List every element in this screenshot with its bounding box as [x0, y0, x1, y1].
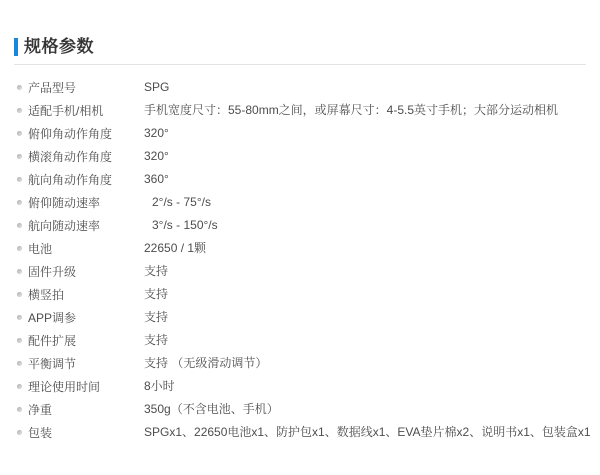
section-title: 规格参数: [24, 36, 94, 57]
spec-row: 理论使用时间 8小时: [14, 375, 586, 398]
spec-value: 8小时: [144, 375, 586, 398]
bullet-icon: [17, 292, 22, 297]
bullet-icon: [17, 361, 22, 366]
bullet-icon: [17, 131, 22, 136]
spec-row: 平衡调节 支持 （无级滑动调节）: [14, 352, 586, 375]
spec-label: 横竖拍: [28, 286, 144, 303]
spec-value: 350g（不含电池、手机）: [144, 398, 586, 421]
spec-row: 横滚角动作角度 320°: [14, 145, 586, 168]
bullet-icon: [17, 407, 22, 412]
spec-label: 电池: [28, 240, 144, 257]
bullet-icon: [17, 315, 22, 320]
spec-value: 支持: [144, 283, 586, 306]
spec-row: 适配手机/相机 手机宽度尺寸：55-80mm之间，或屏幕尺寸：4-5.5英寸手机…: [14, 99, 586, 122]
spec-label: 固件升级: [28, 263, 144, 280]
spec-value: 支持: [144, 260, 586, 283]
spec-label: 配件扩展: [28, 332, 144, 349]
spec-value: 支持 （无级滑动调节）: [144, 352, 586, 375]
spec-label: 俯仰角动作角度: [28, 125, 144, 142]
spec-value: 3°/s - 150°/s: [144, 214, 586, 237]
spec-label: 理论使用时间: [28, 378, 144, 395]
bullet-icon: [17, 108, 22, 113]
spec-row: 配件扩展 支持: [14, 329, 586, 352]
spec-label: 横滚角动作角度: [28, 148, 144, 165]
spec-label: 产品型号: [28, 79, 144, 96]
bullet-icon: [17, 85, 22, 90]
spec-value: 支持: [144, 306, 586, 329]
bullet-icon: [17, 430, 22, 435]
spec-row: 航向角动作角度 360°: [14, 168, 586, 191]
spec-value: 2°/s - 75°/s: [144, 191, 586, 214]
spec-row: 航向随动速率 3°/s - 150°/s: [14, 214, 586, 237]
bullet-icon: [17, 154, 22, 159]
spec-row: 包装 SPGx1、22650电池x1、防护包x1、数据线x1、EVA垫片棉x2、…: [14, 421, 586, 444]
spec-row: 固件升级 支持: [14, 260, 586, 283]
spec-row: 俯仰随动速率 2°/s - 75°/s: [14, 191, 586, 214]
bullet-icon: [17, 200, 22, 205]
bullet-icon: [17, 338, 22, 343]
spec-value: 支持: [144, 329, 586, 352]
spec-label: 航向随动速率: [28, 217, 144, 234]
spec-section-page: 规格参数 产品型号 SPG 适配手机/相机 手机宽度尺寸：55-80mm之间，或…: [0, 0, 600, 475]
spec-row: 俯仰角动作角度 320°: [14, 122, 586, 145]
spec-row: 电池 22650 / 1颗: [14, 237, 586, 260]
spec-value: 手机宽度尺寸：55-80mm之间，或屏幕尺寸：4-5.5英寸手机；大部分运动相机: [144, 99, 586, 122]
spec-value: SPGx1、22650电池x1、防护包x1、数据线x1、EVA垫片棉x2、说明书…: [144, 421, 591, 444]
spec-value: 320°: [144, 145, 586, 168]
spec-row: 净重 350g（不含电池、手机）: [14, 398, 586, 421]
bullet-icon: [17, 269, 22, 274]
accent-bar-icon: [14, 38, 18, 56]
bullet-icon: [17, 223, 22, 228]
bullet-icon: [17, 177, 22, 182]
spec-value: SPG: [144, 76, 586, 99]
spec-label: 包装: [28, 424, 144, 441]
bullet-icon: [17, 384, 22, 389]
spec-value: 22650 / 1颗: [144, 237, 586, 260]
spec-label: 航向角动作角度: [28, 171, 144, 188]
spec-row: APP调参 支持: [14, 306, 586, 329]
spec-label: APP调参: [28, 309, 144, 326]
spec-list: 产品型号 SPG 适配手机/相机 手机宽度尺寸：55-80mm之间，或屏幕尺寸：…: [0, 65, 600, 444]
spec-row: 横竖拍 支持: [14, 283, 586, 306]
bullet-icon: [17, 246, 22, 251]
spec-label: 俯仰随动速率: [28, 194, 144, 211]
spec-value: 320°: [144, 122, 586, 145]
spec-value: 360°: [144, 168, 586, 191]
spec-label: 平衡调节: [28, 355, 144, 372]
section-header: 规格参数: [14, 36, 586, 57]
spec-row: 产品型号 SPG: [14, 76, 586, 99]
spec-label: 适配手机/相机: [28, 102, 144, 119]
spec-label: 净重: [28, 401, 144, 418]
